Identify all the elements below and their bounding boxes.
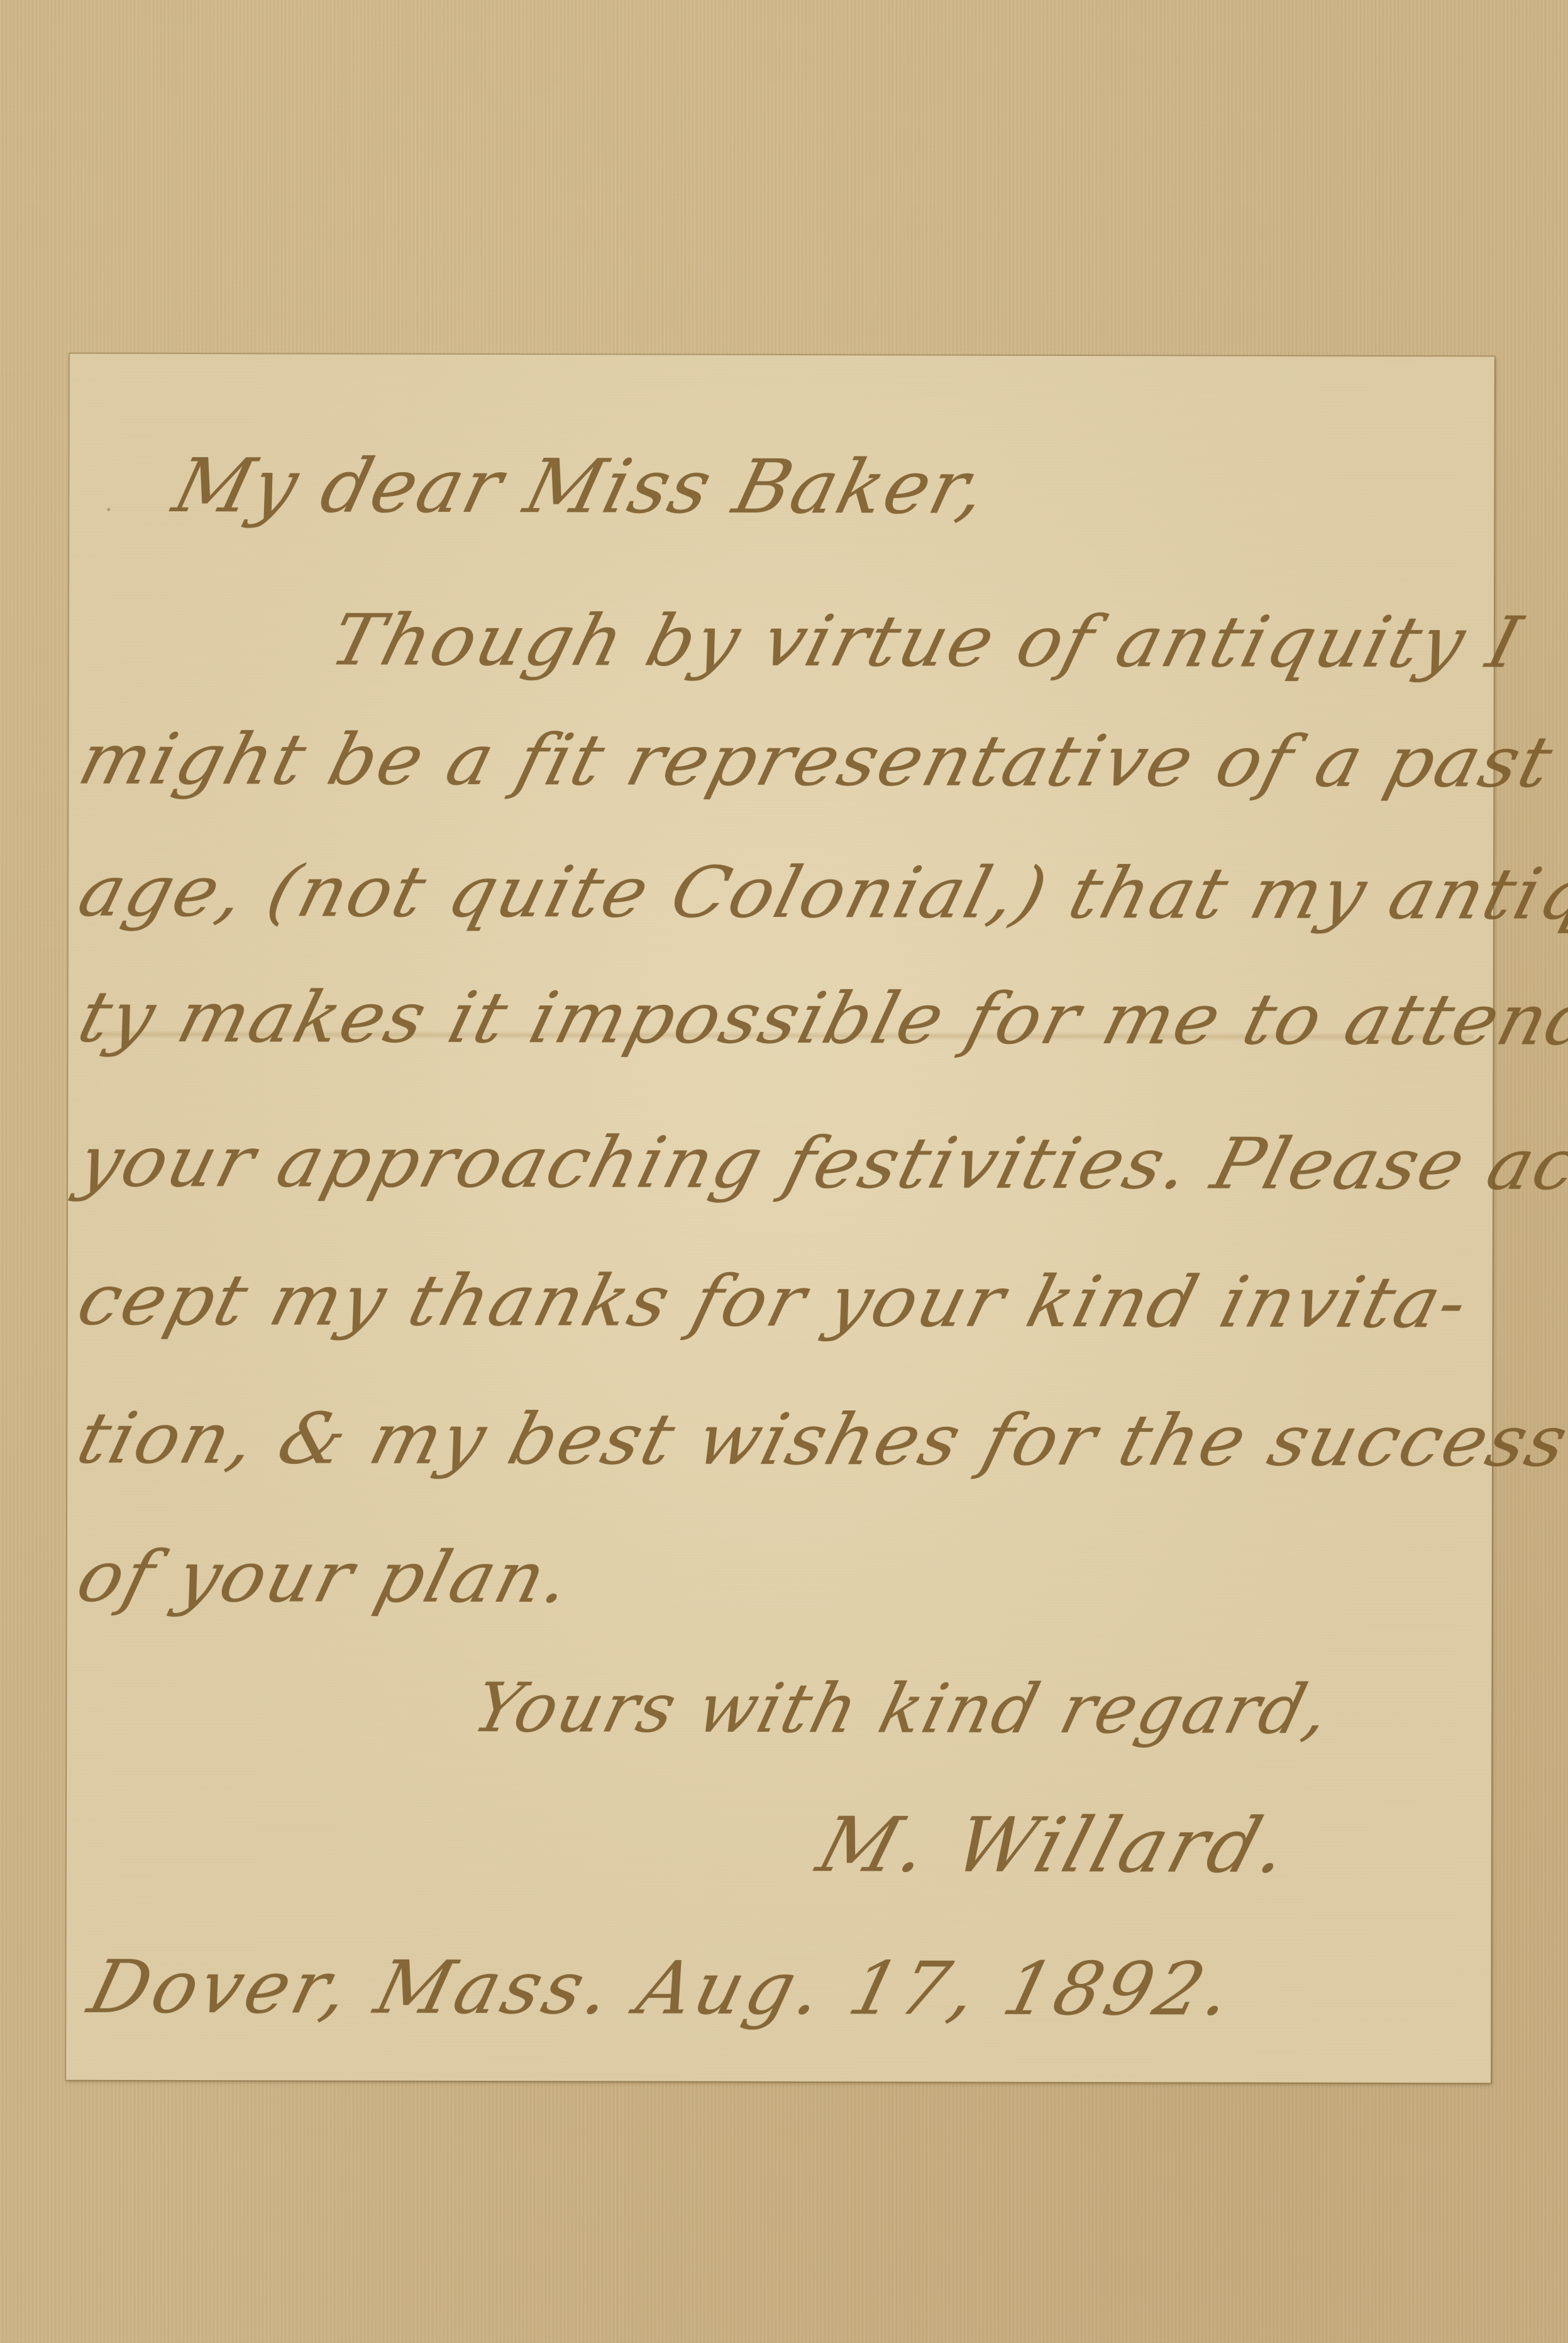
letter-page: My dear Miss Baker, Though by virtue of …	[66, 354, 1494, 2083]
signature: M. Willard.	[809, 1802, 1303, 1890]
body-line: tion, & my best wishes for the success	[69, 1398, 1568, 1483]
body-line: age, (not quite Colonial,) that my antiq…	[70, 851, 1568, 936]
body-line: your approaching festivities. Please ac-	[70, 1121, 1568, 1206]
closing: Yours with kind regard,	[466, 1669, 1340, 1749]
dateline: Dover, Mass. Aug. 17, 1892.	[80, 1945, 1244, 2032]
body-line: Though by virtue of antiquity I	[323, 600, 1531, 684]
body-line: ty makes it impossible for me to attend	[70, 977, 1568, 1061]
salutation: My dear Miss Baker,	[165, 442, 997, 531]
body-line: of your plan.	[69, 1536, 581, 1619]
ink-speck	[107, 508, 110, 511]
body-line: cept my thanks for your kind invita-	[70, 1260, 1477, 1344]
body-line: might be a fit representative of a past	[71, 719, 1562, 804]
